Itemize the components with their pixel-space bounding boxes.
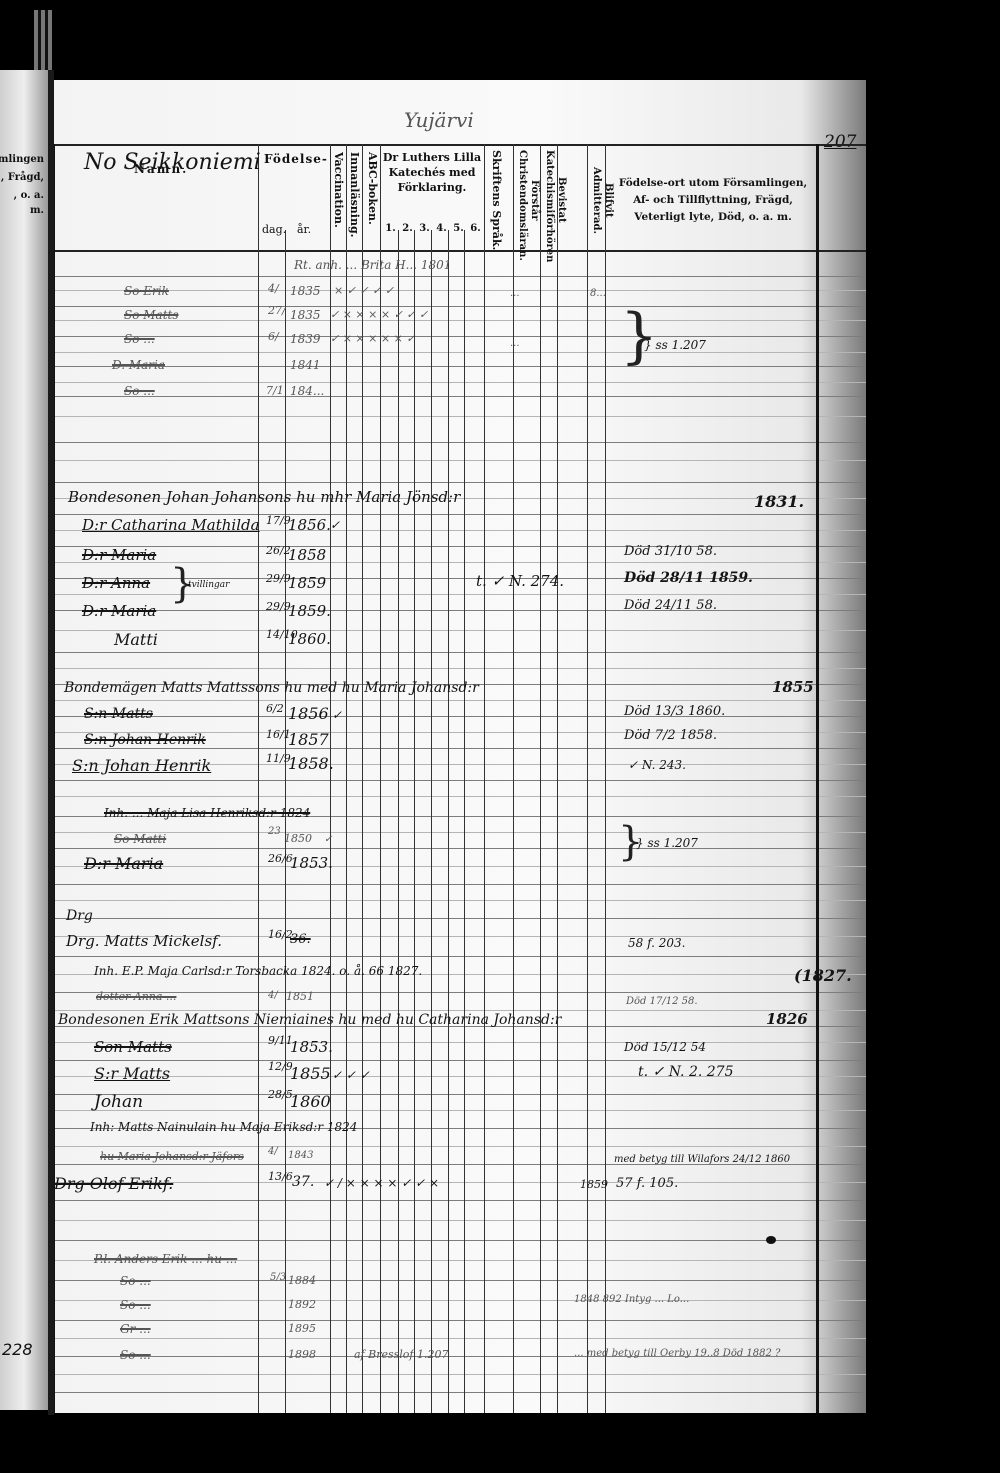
- block3-struck-row1-marks: ✓: [324, 834, 332, 845]
- block3-struck-row2-name: D:r Maria: [84, 854, 163, 873]
- block2-row2-day: 26/2: [266, 544, 291, 557]
- block3-row2-day: 16/1: [266, 728, 291, 741]
- prev-header-fragment-1: samlingen: [0, 152, 44, 167]
- block3-row3-year: 1858.: [288, 754, 334, 773]
- block1-row5-name: So ...: [124, 384, 155, 398]
- block1-row1-day: 4/: [268, 282, 279, 295]
- block5-row2-year: 1855: [290, 1064, 331, 1083]
- block5-inh-line: Inh: Matts Nainulain hu Maja Eriksd:r 18…: [90, 1120, 357, 1134]
- block5-row2-name: S:r Matts: [94, 1064, 170, 1083]
- header-top-rule: [54, 144, 866, 146]
- block1-row2-marks: ✓ × × × × ✓ ✓ ✓: [330, 308, 428, 321]
- block2-row5-year: 1860.: [288, 630, 331, 648]
- block2-row4-day: 29/9: [266, 600, 291, 613]
- block3-struck-row1-year: 1850: [284, 832, 312, 845]
- luther-col-2: 2.: [402, 223, 412, 234]
- header-dag: dag.: [262, 223, 286, 236]
- block5-row3-day: 28/5: [268, 1088, 293, 1101]
- block2-head-line: Bondesonen Johan Johansons hu mhr Maria …: [68, 488, 460, 506]
- block5-row1-day: 9/11: [268, 1034, 293, 1047]
- block2-marriage-year: 1831.: [754, 492, 804, 511]
- village-heading: Yujärvi: [404, 108, 474, 132]
- block2-twins-note: tvillingar: [188, 580, 229, 590]
- block1-row1-adm: 8...: [590, 288, 606, 299]
- block1-row2-name: So Matts: [124, 308, 179, 322]
- block5-row2-marks: ✓ ✓ ✓: [332, 1068, 370, 1082]
- block3-struck-row1-day: 23: [268, 826, 281, 837]
- block1-head-line: Rt. anh. ... Brita H... 1801: [294, 258, 451, 272]
- ink-blot: [766, 1236, 776, 1244]
- header-luther-cols: 1. 2. 3. 4. 5. 6.: [382, 223, 484, 234]
- header-skriftens-sprak: Skriftens Språk.: [490, 150, 502, 250]
- block2-row3-year: 1859: [288, 574, 326, 592]
- block2-row1-year: 1856.: [288, 516, 331, 534]
- block6-remark-1: 1848 892 Intyg ... Lo...: [574, 1294, 689, 1305]
- block6-row3-year: 1895: [288, 1322, 316, 1335]
- block5-struck-row-name: hu Maria Johansd:r Jäfors: [100, 1150, 244, 1163]
- header-luther: Dr Luthers Lilla Katechés med Förklaring…: [380, 150, 484, 195]
- block3-row3-name: S:n Johan Henrik: [72, 756, 211, 775]
- block5-struck-row-year: 1843: [288, 1150, 313, 1161]
- block6-row1-year: 1884: [288, 1274, 316, 1287]
- block3-remark: } ss 1.207: [636, 836, 698, 850]
- block1-row1-year: 1835: [290, 284, 321, 298]
- block5-row1-remark: Död 15/12 54: [624, 1040, 706, 1054]
- block3-row2-remark: Död 7/2 1858.: [624, 728, 717, 743]
- block2-row5-name: Matti: [114, 630, 158, 649]
- header-vaccination: Vaccination.: [332, 152, 344, 228]
- binding-clip: [34, 10, 52, 72]
- block2-row2-name: D:r Maria: [82, 546, 156, 564]
- block5-head-line: Bondesonen Erik Mattsons Niemiaines hu m…: [58, 1012, 561, 1028]
- block4-struck-row-remark: Död 17/12 58.: [626, 996, 698, 1007]
- luther-col-6: 6.: [470, 223, 480, 234]
- block2-mid-note: t. ✓ N. 274.: [476, 572, 564, 590]
- block4-label: Drg: [66, 908, 93, 924]
- header-luther-line-2: Katechés med: [380, 165, 484, 180]
- block6-remark-2: ... med betyg till Oerby 19..8 Död 1882 …: [574, 1348, 780, 1359]
- block4-struck-row-name: dotter Anna ...: [96, 990, 176, 1003]
- header-ar: år.: [297, 223, 311, 236]
- block2-row1-name: D:r Catharina Mathilda: [82, 516, 260, 534]
- header-remarks-line-1: Födelse-ort utom Församlingen,: [610, 175, 816, 192]
- header-abc-boken: ABC-boken.: [366, 152, 378, 225]
- block4-struck-row-year: 1851: [286, 990, 314, 1003]
- prev-header-fragment-2: , Frågd,: [1, 170, 44, 185]
- block4-inh-line: Inh. E.P. Maja Carlsd:r Torsbacka 1824. …: [94, 964, 422, 978]
- block1-row5-day: 7/1: [266, 384, 284, 397]
- block2-row4-year: 1859.: [288, 602, 331, 620]
- block3-row1-day: 6/2: [266, 702, 284, 715]
- header-remarks-line-2: Af- och Tillflyttning, Frägd,: [610, 192, 816, 209]
- header-bevistat: Bevistat Katechismiförhören: [543, 150, 567, 250]
- block3-struck-row2-day: 26/6: [268, 852, 293, 865]
- block1-row3-name: So ...: [124, 332, 155, 346]
- block2-row4-name: D:r Maria: [82, 602, 156, 620]
- block4-row-year: 36.: [290, 932, 311, 947]
- block5-drg-row-adm: 1859: [580, 1178, 608, 1191]
- block4-struck-row-day: 4/: [268, 990, 278, 1001]
- block5-row3-year: 1860: [290, 1092, 331, 1111]
- block2-row2-remark: Död 31/10 58.: [624, 544, 717, 559]
- block3-row1-marks: ✓: [332, 708, 342, 722]
- luther-col-3: 3.: [419, 223, 429, 234]
- block3-marriage-year: 1855: [772, 678, 814, 696]
- block4-marriage-year: (1827.: [794, 966, 852, 985]
- block3-struck-line: Inh. ... Maja Lisa Henriksd:r 1824: [104, 806, 310, 820]
- block2-row3-day: 29/9: [266, 572, 291, 585]
- header-luther-line-1: Dr Luthers Lilla: [380, 150, 484, 165]
- luther-col-4: 4.: [436, 223, 446, 234]
- block5-row2-remark: t. ✓ N. 2. 275: [638, 1064, 734, 1080]
- header-bottom-rule: [54, 250, 866, 252]
- block5-drg-row-year: 37.: [292, 1174, 314, 1190]
- block6-mid-note: af Bresslof 1.207: [354, 1348, 448, 1361]
- block1-row4-name: D. Maria: [112, 358, 165, 372]
- block5-row1-name: Son Matts: [94, 1038, 172, 1056]
- block2-row2-year: 1858: [288, 546, 326, 564]
- block1-row3-note: ...: [510, 338, 520, 349]
- prev-header-fragment-3: , o. a. m.: [0, 188, 44, 218]
- header-remarks-line-3: Veterligt lyte, Död, o. a. m.: [610, 209, 816, 226]
- block6-row2-year: 1892: [288, 1298, 316, 1311]
- block3-row1-year: 1856: [288, 704, 329, 723]
- block3-row2-year: 1857: [288, 730, 329, 749]
- block6-head-line: P.l. Anders Erik ... hu ...: [94, 1252, 237, 1266]
- header-forstar-christendom: Förstår Christendomsläran.: [516, 150, 540, 250]
- block6-row1-day: 5/3: [270, 1272, 286, 1283]
- block6-row4-name: So ...: [120, 1348, 151, 1362]
- block5-row1-year: 1853.: [290, 1038, 333, 1056]
- block1-brace-icon: }: [620, 306, 658, 366]
- block5-drg-row-name: Drg Olof Erikf.: [54, 1174, 173, 1193]
- block1-row1-marks: × ✓ ✓ ✓ ✓: [334, 284, 394, 297]
- page-number: 207: [824, 132, 856, 152]
- block5-drg-row-day: 13/6: [268, 1170, 293, 1183]
- block5-row2-day: 12/9: [268, 1060, 293, 1073]
- luther-col-5: 5.: [453, 223, 463, 234]
- block1-row4-year: 1841: [290, 358, 321, 372]
- block2-row1-marks: ✓: [330, 518, 340, 532]
- previous-page-edge: samlingen , Frågd, , o. a. m. 228: [0, 70, 48, 1410]
- block3-head-line: Bondemägen Matts Mattssons hu med hu Mar…: [64, 680, 479, 696]
- block5-marriage-year: 1826: [766, 1010, 808, 1028]
- block1-row3-day: 6/: [268, 330, 279, 343]
- block1-row2-day: 27/: [268, 304, 286, 317]
- block3-row1-name: S:n Matts: [84, 706, 153, 722]
- block2-row1-day: 17/9: [266, 514, 291, 527]
- block5-struck-row-day: 4/: [268, 1146, 278, 1157]
- block1-row5-year: 184...: [290, 384, 324, 398]
- block1-row1-note: ...: [510, 288, 520, 299]
- header-remarks: Födelse-ort utom Församlingen, Af- och T…: [610, 175, 816, 226]
- block4-row-remark: 58 f. 203.: [628, 936, 685, 950]
- block3-row3-day: 11/9: [266, 752, 291, 765]
- block6-row4-year: 1898: [288, 1348, 316, 1361]
- header-innanlasning: Innanläsning.: [348, 152, 360, 237]
- block3-struck-row2-year: 1853.: [290, 854, 333, 872]
- block5-row3-name: Johan: [94, 1092, 143, 1112]
- block4-row-name: Drg. Matts Mickelsf.: [66, 932, 222, 950]
- block5-drg-row-remark-1: med betyg till Wilafors 24/12 1860: [614, 1154, 790, 1165]
- register-page: Yujärvi 207: [54, 80, 866, 1413]
- header-luther-line-3: Förklaring.: [380, 180, 484, 195]
- block6-row3-name: Gr ...: [120, 1322, 151, 1336]
- block6-row1-name: So ...: [120, 1274, 151, 1288]
- prev-page-number: 228: [2, 1340, 33, 1359]
- block1-row3-marks: ✓ × × × × × ✓: [330, 332, 416, 345]
- header-namn: Namn.: [134, 162, 188, 176]
- block1-row1-name: So Erik: [124, 284, 169, 298]
- block1-row3-year: 1839: [290, 332, 321, 346]
- luther-col-1: 1.: [385, 223, 395, 234]
- block4-row-day: 16/2: [268, 928, 293, 941]
- block3-row3-remark: ✓ N. 243.: [628, 758, 686, 772]
- block5-drg-row-marks: ✓ / × × × × ✓ ✓ ×: [324, 1176, 439, 1190]
- block1-remark: } ss 1.207: [644, 338, 706, 352]
- block2-row3-name: D:r Anna: [82, 574, 150, 592]
- block5-drg-row-remark-2: 57 f. 105.: [616, 1176, 678, 1191]
- block2-row4-remark: Död 24/11 58.: [624, 598, 717, 613]
- block3-row2-name: S:n Johan Henrik: [84, 732, 206, 748]
- header-fodelse: Födelse-: [264, 152, 328, 166]
- block2-row3-remark: Död 28/11 1859.: [624, 570, 753, 586]
- block1-row2-year: 1835: [290, 308, 321, 322]
- block3-struck-row1-name: So Matti: [114, 832, 166, 846]
- block3-row1-remark: Död 13/3 1860.: [624, 704, 725, 719]
- block6-row2-name: So ...: [120, 1298, 151, 1312]
